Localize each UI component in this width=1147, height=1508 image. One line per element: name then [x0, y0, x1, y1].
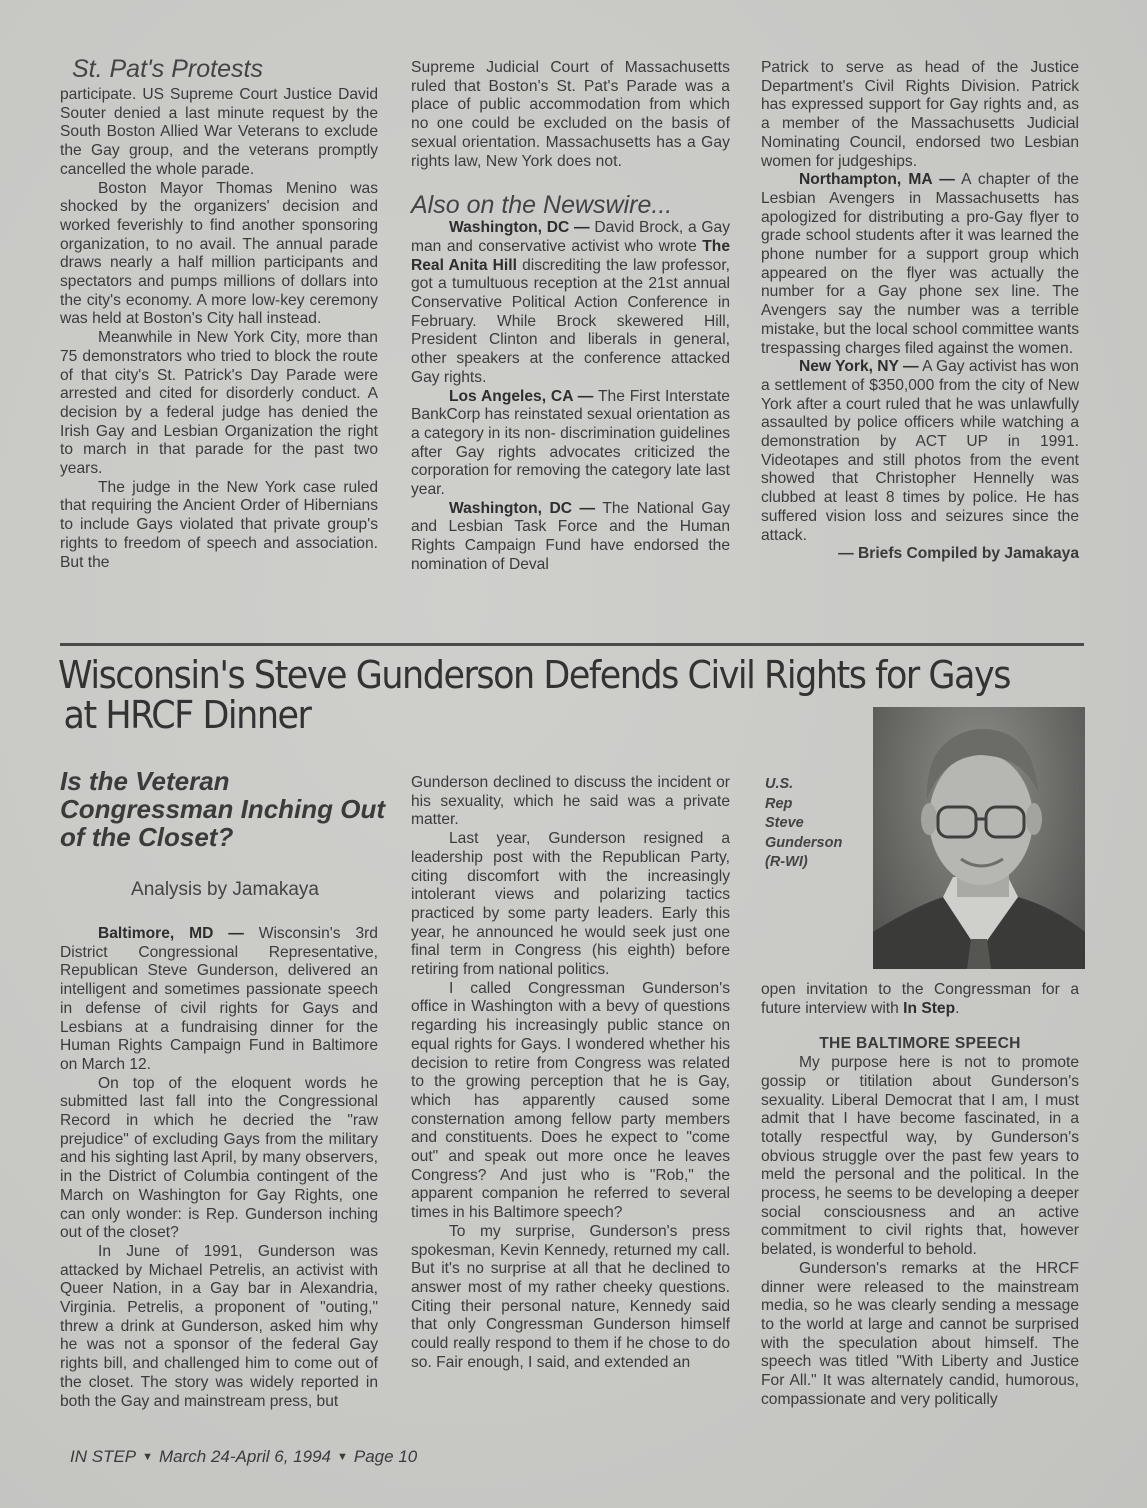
footer-page-number: Page 10 — [354, 1447, 417, 1466]
photo-caption: U.S. Rep Steve Gunderson (R-WI) — [765, 775, 865, 873]
headline-line-2: at HRCF Dinner — [58, 695, 1015, 735]
news-item: Northampton, MA — A chapter of the Lesbi… — [761, 171, 1079, 358]
article-paragraph: Gunderson's remarks at the HRCF dinner w… — [761, 1260, 1079, 1410]
headline-line-1: Wisconsin's Steve Gunderson Defends Civi… — [58, 655, 1015, 695]
brief-paragraph: Meanwhile in New York City, more than 75… — [60, 329, 378, 479]
article-paragraph: To my surprise, Gunderson's press spokes… — [411, 1223, 730, 1373]
news-dateline: Northampton, MA — — [799, 171, 955, 188]
article-paragraph: I called Congressman Gunderson's office … — [411, 980, 730, 1223]
section-divider-rule — [60, 643, 1084, 646]
subsection-heading: THE BALTIMORE SPEECH — [761, 1035, 1079, 1054]
article-paragraph: My purpose here is not to promote gossip… — [761, 1054, 1079, 1260]
triangle-separator-icon: ▼ — [337, 1451, 348, 1463]
article-headline: Wisconsin's Steve Gunderson Defends Civi… — [58, 655, 1015, 735]
briefs-credit: — Briefs Compiled by Jamakaya — [761, 545, 1079, 564]
news-dateline: Los Angeles, CA — — [449, 388, 593, 405]
publication-name: In Step — [903, 1000, 955, 1017]
article-column-1: Baltimore, MD — Wisconsin's 3rd District… — [60, 925, 378, 1411]
briefs-column-1: St. Pat's Protests participate. US Supre… — [60, 55, 378, 572]
footer-publication: IN STEP — [70, 1447, 136, 1466]
portrait-illustration — [873, 707, 1085, 969]
footer-dates: March 24-April 6, 1994 — [159, 1447, 331, 1466]
news-dateline: Washington, DC — — [449, 219, 590, 236]
article-paragraph: open invitation to the Congressman for a… — [761, 981, 1079, 1018]
article-column-3: open invitation to the Congressman for a… — [761, 981, 1079, 1409]
brief-paragraph: Patrick to serve as head of the Justice … — [761, 59, 1079, 171]
news-item: Los Angeles, CA — The First Interstate B… — [411, 388, 730, 500]
brief-paragraph: Supreme Judicial Court of Massachusetts … — [411, 59, 730, 171]
news-item: Washington, DC — David Brock, a Gay man … — [411, 219, 730, 387]
article-paragraph: Gunderson declined to discuss the incide… — [411, 774, 730, 830]
triangle-separator-icon: ▼ — [142, 1451, 153, 1463]
news-dateline: Washington, DC — — [449, 500, 595, 517]
article-dateline: Baltimore, MD — — [98, 925, 244, 942]
news-item: Washington, DC — The National Gay and Le… — [411, 500, 730, 575]
article-subhead: Is the Veteran Congressman Inching Out o… — [60, 767, 390, 851]
article-paragraph: On top of the eloquent words he submitte… — [60, 1075, 378, 1243]
article-lead-paragraph: Baltimore, MD — Wisconsin's 3rd District… — [60, 925, 378, 1075]
briefs-column-2: Supreme Judicial Court of Massachusetts … — [411, 59, 730, 575]
article-paragraph: In June of 1991, Gunderson was attacked … — [60, 1243, 378, 1411]
section-title-newswire: Also on the Newswire... — [411, 191, 730, 219]
news-item: New York, NY — A Gay activist has won a … — [761, 358, 1079, 545]
brief-paragraph: participate. US Supreme Court Justice Da… — [60, 86, 378, 180]
briefs-column-3: Patrick to serve as head of the Justice … — [761, 59, 1079, 564]
article-column-2: Gunderson declined to discuss the incide… — [411, 774, 730, 1373]
article-byline: Analysis by Jamakaya — [60, 879, 390, 901]
newspaper-page: St. Pat's Protests participate. US Supre… — [0, 0, 1147, 1508]
brief-paragraph: The judge in the New York case ruled tha… — [60, 479, 378, 573]
news-dateline: New York, NY — — [799, 358, 919, 375]
portrait-photo — [873, 707, 1085, 969]
page-footer: IN STEP▼March 24-April 6, 1994▼Page 10 — [70, 1447, 417, 1467]
section-title-st-pats: St. Pat's Protests — [72, 55, 378, 83]
brief-paragraph: Boston Mayor Thomas Menino was shocked b… — [60, 180, 378, 330]
article-paragraph: Last year, Gunderson resigned a leadersh… — [411, 830, 730, 980]
